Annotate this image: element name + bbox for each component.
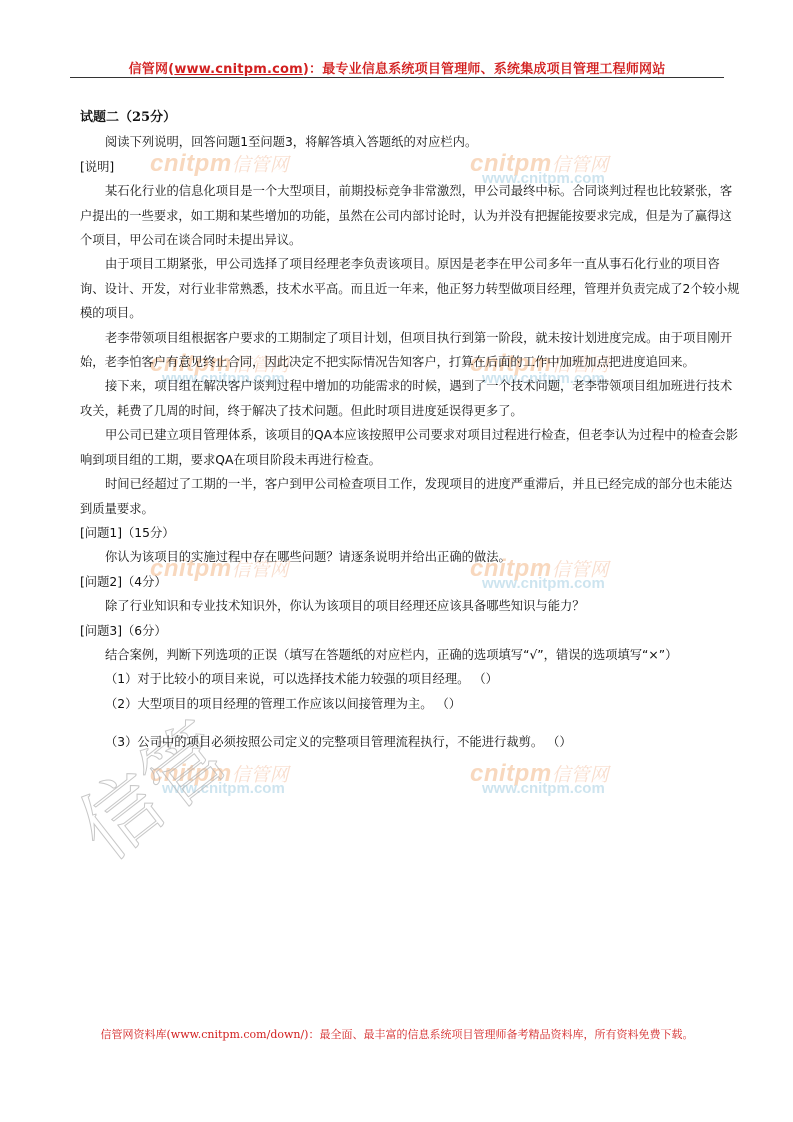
question-3-option: （2）大型项目的项目经理的管理工作应该以间接管理为主。 （） (80, 692, 740, 716)
page-header: 信管网(www.cnitpm.com)：最专业信息系统项目管理师、系统集成项目管… (70, 58, 724, 77)
header-divider (70, 77, 724, 78)
watermark-logo: cnitpm信管网 www.cnitpm.com (470, 760, 609, 797)
document-body: 试题二（25分） 阅读下列说明，回答问题1至问题3，将解答填入答题纸的对应栏内。… (80, 106, 740, 755)
question-1-label: [问题1]（15分） (80, 521, 740, 545)
case-paragraph: 由于项目工期紧张，甲公司选择了项目经理老李负责该项目。原因是老李在甲公司多年一直… (80, 252, 740, 325)
case-paragraph: 老李带领项目组根据客户要求的工期制定了项目计划，但项目执行到第一阶段，就未按计划… (80, 326, 740, 375)
header-site-link[interactable]: www.cnitpm.com (174, 62, 303, 77)
question-2-text: 除了行业知识和专业技术知识外，你认为该项目的项目经理还应该具备哪些知识与能力？ (80, 594, 740, 618)
watermark-brand-en: cnitpm (470, 760, 552, 787)
instruction-text: 阅读下列说明，回答问题1至问题3，将解答填入答题纸的对应栏内。 (80, 130, 740, 154)
question-1-text: 你认为该项目的实施过程中存在哪些问题？请逐条说明并给出正确的做法。 (80, 545, 740, 569)
case-paragraph: 时间已经超过了工期的一半，客户到甲公司检查项目工作，发现项目的进度严重滞后，并且… (80, 472, 740, 521)
case-paragraph: 某石化行业的信息化项目是一个大型项目，前期投标竞争非常激烈，甲公司最终中标。合同… (80, 179, 740, 252)
question-3-option: （1）对于比较小的项目来说，可以选择技术能力较强的项目经理。 （） (80, 667, 740, 691)
header-site-name: 信管网( (129, 62, 175, 77)
case-paragraph: 接下来，项目组在解决客户谈判过程中增加的功能需求的时候，遇到了一个技术问题，老李… (80, 374, 740, 423)
case-paragraph: 甲公司已建立项目管理体系，该项目的QA本应该按照甲公司要求对项目过程进行检查，但… (80, 423, 740, 472)
section-label: [说明] (80, 155, 740, 179)
question-3-option: （3）公司中的项目必须按照公司定义的完整项目管理流程执行，不能进行裁剪。 （） (80, 730, 740, 754)
question-2-label: [问题2]（4分） (80, 570, 740, 594)
page-footer: 信管网资料库(www.cnitpm.com/down/)：最全面、最丰富的信息系… (70, 1026, 724, 1042)
question-3-label: [问题3]（6分） (80, 619, 740, 643)
watermark-url: www.cnitpm.com (482, 780, 609, 797)
watermark-brand-zh: 信管网 (552, 764, 609, 786)
header-tagline: )：最专业信息系统项目管理师、系统集成项目管理工程师网站 (303, 62, 666, 77)
question-title: 试题二（25分） (80, 106, 740, 130)
question-3-text: 结合案例，判断下列选项的正误（填写在答题纸的对应栏内，正确的选项填写“√”，错误… (80, 643, 740, 667)
